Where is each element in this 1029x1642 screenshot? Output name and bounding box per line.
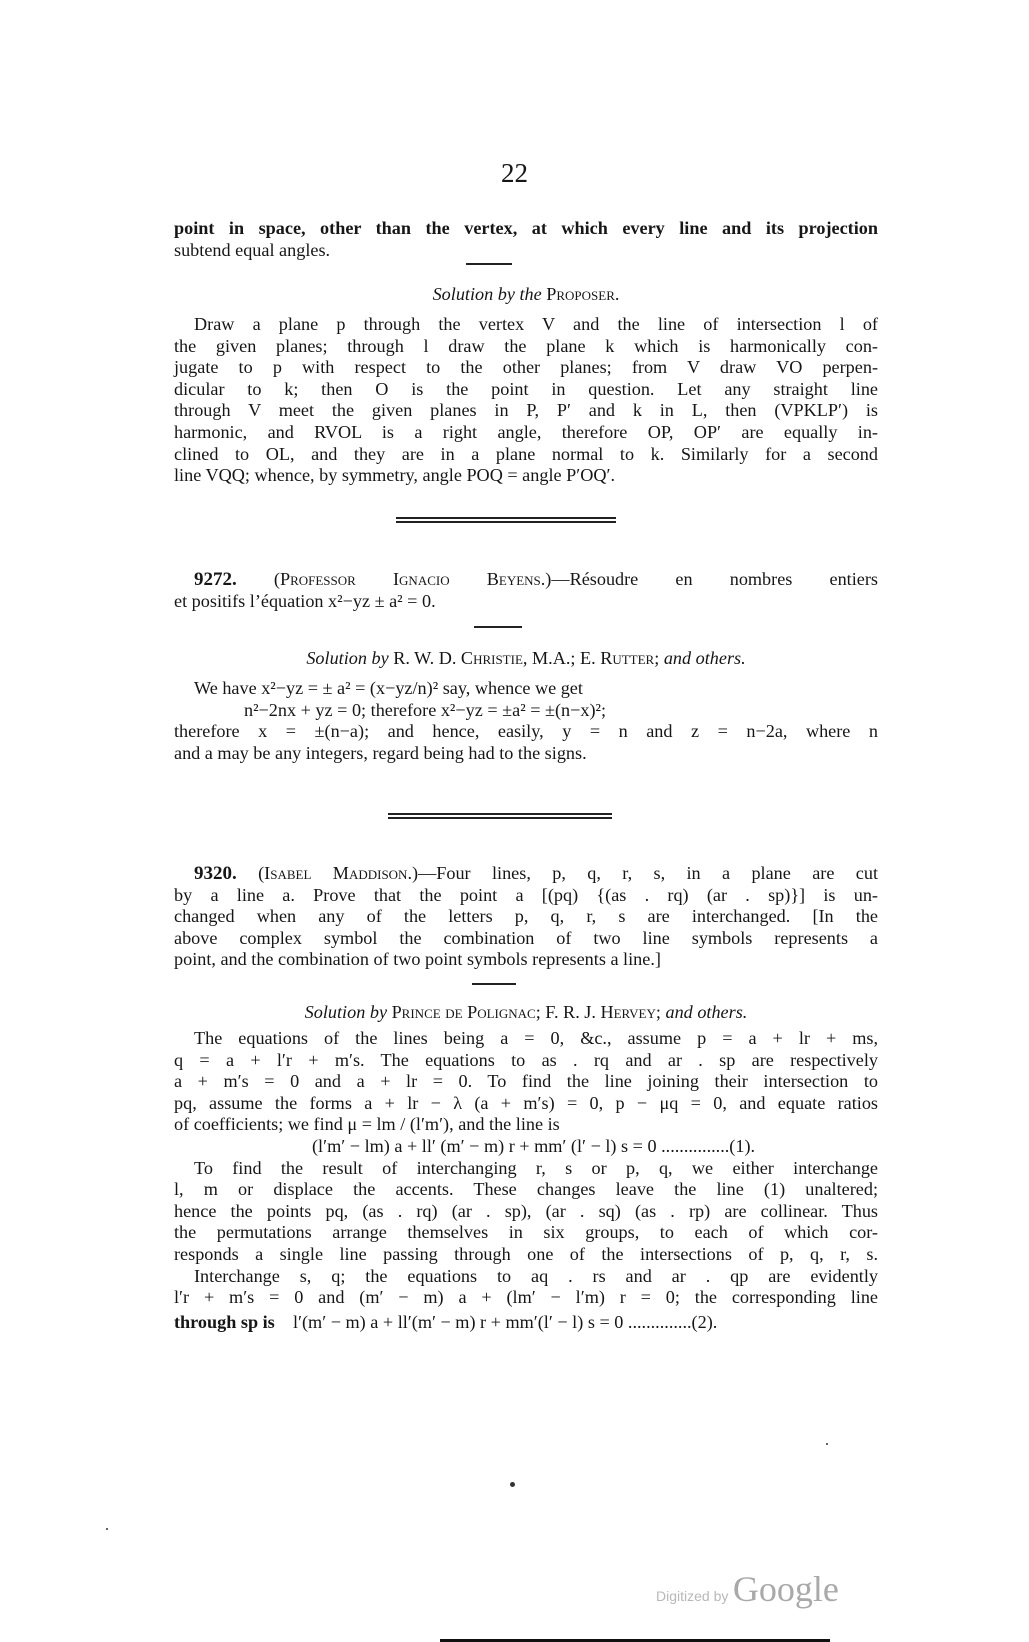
heading-italic: Solution by bbox=[305, 1002, 387, 1022]
text-line: line VQQ; whence, by symmetry, angle POQ… bbox=[174, 465, 878, 487]
text-line: of coefficients; we find μ = lm / (l′m′)… bbox=[174, 1114, 878, 1136]
equation-prefix: through sp is bbox=[174, 1312, 275, 1332]
question-number: 9320. bbox=[194, 863, 237, 884]
text-line: dicular to k; then O is the point in que… bbox=[174, 379, 878, 401]
text-line: l, m or displace the accents. These chan… bbox=[174, 1179, 878, 1201]
solution-heading: Solution by the Proposer. bbox=[174, 284, 878, 306]
equation-line: n²−2nx + yz = 0; therefore x²−yz = ±a² =… bbox=[174, 700, 878, 722]
text-line: jugate to p with respect to the other pl… bbox=[174, 357, 878, 379]
text-line: the permutations arrange themselves in s… bbox=[174, 1222, 878, 1244]
text-line: To find the result of interchanging r, s… bbox=[174, 1158, 878, 1180]
solution-heading: Solution by Prince de Polignac; F. R. J.… bbox=[174, 1002, 878, 1024]
text-line: et positifs l’équation x²−yz ± a² = 0. bbox=[174, 591, 878, 613]
text-line: Draw a plane p through the vertex V and … bbox=[174, 314, 878, 336]
text-line: point in space, other than the vertex, a… bbox=[174, 218, 878, 240]
text-line: changed when any of the letters p, q, r,… bbox=[174, 906, 878, 928]
equation-2: l′(m′ − m) a + ll′(m′ − m) r + mm′(l′ − … bbox=[293, 1312, 717, 1332]
digitized-by-google-watermark: Digitized by Google bbox=[656, 1568, 839, 1610]
text-line: pq, assume the forms a + lr − λ (a + m′s… bbox=[174, 1093, 878, 1115]
heading-tail: and others. bbox=[665, 1002, 747, 1022]
print-mark bbox=[510, 1482, 515, 1487]
heading-authors: R. W. D. Christie, M.A.; E. Rutter; bbox=[393, 648, 659, 668]
question-proposer: (Isabel Maddison.) bbox=[258, 863, 418, 883]
question-text: —Four lines, p, q, r, s, in a plane are … bbox=[418, 863, 878, 883]
solution-paragraph: The equations of the lines being a = 0, … bbox=[174, 1028, 878, 1333]
text-line: responds a single line passing through o… bbox=[174, 1244, 878, 1266]
text-line: therefore x = ±(n−a); and hence, easily,… bbox=[174, 721, 878, 743]
text-line: a + m′s = 0 and a + lr = 0. To find the … bbox=[174, 1071, 878, 1093]
question-text: —Résoudre en nombres entiers bbox=[551, 569, 878, 589]
watermark-prefix: Digitized by bbox=[656, 1588, 728, 1604]
text-line: point, and the combination of two point … bbox=[174, 949, 878, 971]
heading-tail: and others. bbox=[664, 648, 746, 668]
equation-1: (l′m′ − lm) a + ll′ (m′ − m) r + mm′ (l′… bbox=[174, 1136, 878, 1158]
section-rule bbox=[472, 983, 516, 985]
heading-italic: Solution by the bbox=[433, 284, 542, 304]
solution-paragraph: Draw a plane p through the vertex V and … bbox=[174, 314, 878, 487]
text-line: We have x²−yz = ± a² = (x−yz/n)² say, wh… bbox=[174, 678, 878, 700]
text-line: and a may be any integers, regard being … bbox=[174, 743, 878, 765]
heading-author: Proposer. bbox=[546, 284, 619, 304]
text-line: Interchange s, q; the equations to aq . … bbox=[174, 1266, 878, 1288]
question-9320: 9320. (Isabel Maddison.)—Four lines, p, … bbox=[174, 863, 878, 971]
question-proposer: (Professor Ignacio Beyens.) bbox=[274, 569, 551, 589]
equation-2-line: through sp is l′(m′ − m) a + ll′(m′ − m)… bbox=[174, 1312, 878, 1334]
text-line: clined to OL, and they are in a plane no… bbox=[174, 444, 878, 466]
text-line: q = a + l′r + m′s. The equations to as .… bbox=[174, 1050, 878, 1072]
heading-authors: Prince de Polignac; F. R. J. Hervey; bbox=[392, 1002, 661, 1022]
text-line: subtend equal angles. bbox=[174, 240, 878, 262]
text-line: l′r + m′s = 0 and (m′ − m) a + (lm′ − l′… bbox=[174, 1287, 878, 1309]
solution-paragraph: We have x²−yz = ± a² = (x−yz/n)² say, wh… bbox=[174, 678, 878, 764]
question-number: 9272. bbox=[194, 569, 237, 590]
question-line: 9272. (Professor Ignacio Beyens.)—Résoud… bbox=[174, 569, 878, 591]
section-double-rule bbox=[388, 813, 612, 819]
print-mark bbox=[106, 1528, 108, 1530]
text-line: above complex symbol the combination of … bbox=[174, 928, 878, 950]
question-line: 9320. (Isabel Maddison.)—Four lines, p, … bbox=[174, 863, 878, 885]
heading-italic: Solution by bbox=[306, 648, 388, 668]
text-line: harmonic, and RVOL is a right angle, the… bbox=[174, 422, 878, 444]
print-mark bbox=[826, 1443, 828, 1445]
watermark-brand: Google bbox=[733, 1569, 839, 1609]
section-double-rule bbox=[396, 517, 616, 523]
page-number: 22 bbox=[0, 158, 1029, 189]
solution-heading: Solution by R. W. D. Christie, M.A.; E. … bbox=[174, 648, 878, 670]
intro-paragraph: point in space, other than the vertex, a… bbox=[174, 218, 878, 261]
question-9272: 9272. (Professor Ignacio Beyens.)—Résoud… bbox=[174, 569, 878, 612]
text-line: through V meet the given planes in P, P′… bbox=[174, 400, 878, 422]
section-rule bbox=[466, 263, 512, 265]
text-line: by a line a. Prove that the point a [(pq… bbox=[174, 885, 878, 907]
text-line: The equations of the lines being a = 0, … bbox=[174, 1028, 878, 1050]
section-rule bbox=[474, 626, 522, 628]
text-line: the given planes; through l draw the pla… bbox=[174, 336, 878, 358]
text-line: hence the points pq, (as . rq) (ar . sp)… bbox=[174, 1201, 878, 1223]
